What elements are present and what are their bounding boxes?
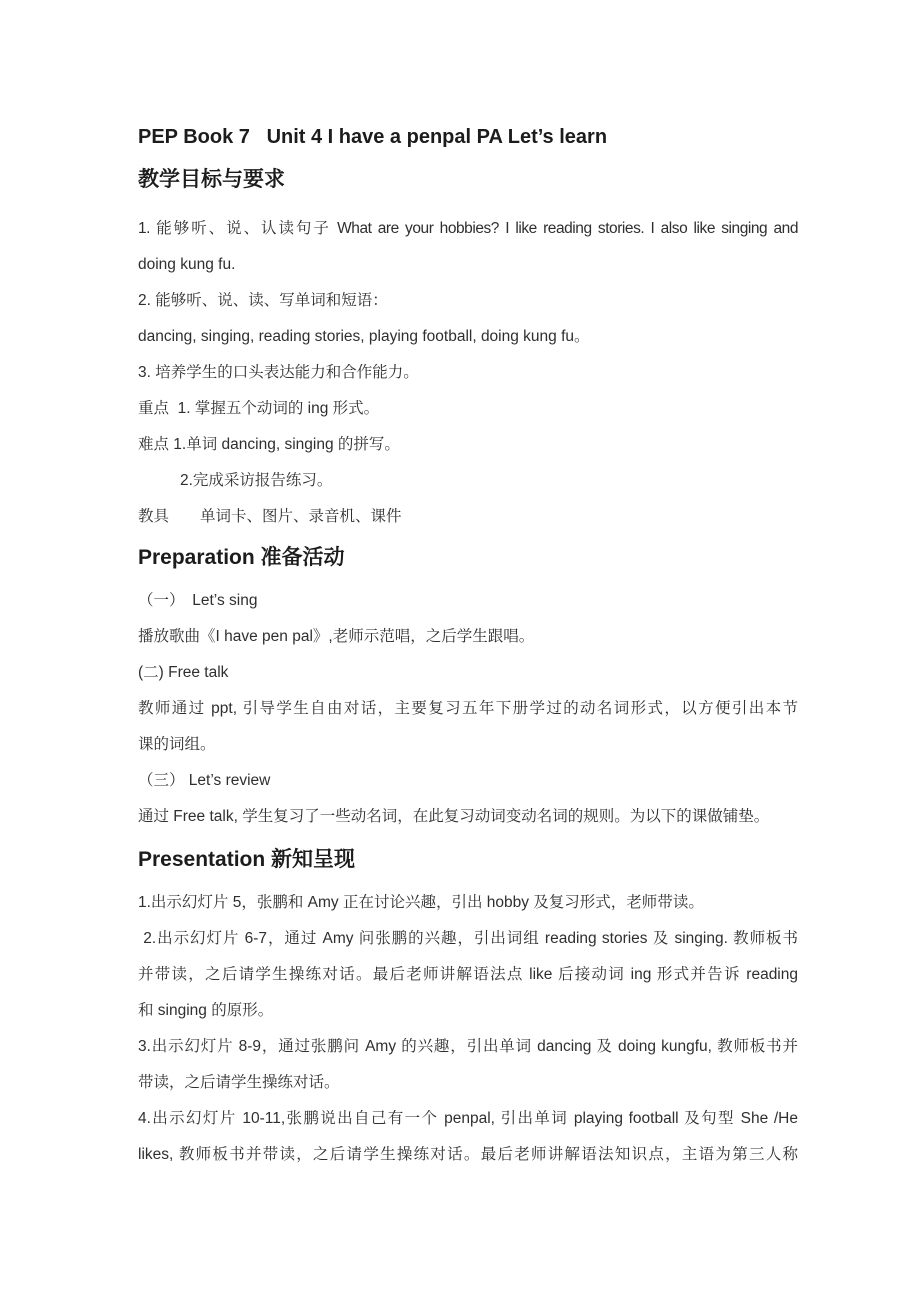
line-pres-step-4b: likes, 教师板书并带读，之后请学生操练对话。最后老师讲解语法知识点，主语为… xyxy=(138,1137,798,1173)
line-teaching-aids: 教具 单词卡、图片、录音机、课件 xyxy=(138,499,798,535)
line-pres-step-2b: 并带读，之后请学生操练对话。最后老师讲解语法点 like 后接动词 ing 形式… xyxy=(138,957,798,993)
line-objective-1a: 1. 能够听、说、认读句子 What are your hobbies? I l… xyxy=(138,211,798,247)
line-prep-free-talk-desc-a: 教师通过 ppt, 引导学生自由对话，主要复习五年下册学过的动名词形式，以方便引… xyxy=(138,691,798,727)
line-prep-free-talk: (二) Free talk xyxy=(138,655,798,691)
document-title: PEP Book 7 Unit 4 I have a penpal PA Let… xyxy=(138,120,798,154)
document-page: PEP Book 7 Unit 4 I have a penpal PA Let… xyxy=(0,0,920,1302)
line-pres-step-1: 1.出示幻灯片 5，张鹏和 Amy 正在讨论兴趣，引出 hobby 及复习形式，… xyxy=(138,885,798,921)
line-prep-free-talk-desc-b: 课的词组。 xyxy=(138,727,798,763)
line-objective-1b: doing kung fu. xyxy=(138,247,798,283)
line-pres-step-2c: 和 singing 的原形。 xyxy=(138,993,798,1029)
line-pres-step-3a: 3.出示幻灯片 8-9，通过张鹏问 Amy 的兴趣，引出单词 dancing 及… xyxy=(138,1029,798,1065)
section-heading-objectives: 教学目标与要求 xyxy=(138,164,798,196)
line-prep-lets-review: （三） Let’s review xyxy=(138,763,798,799)
line-prep-review-desc: 通过 Free talk, 学生复习了一些动名词，在此复习动词变动名词的规则。为… xyxy=(138,799,798,835)
line-pres-step-2a: 2.出示幻灯片 6-7，通过 Amy 问张鹏的兴趣，引出词组 reading s… xyxy=(138,921,798,957)
section-heading-preparation: Preparation 准备活动 xyxy=(138,541,798,575)
line-key-points: 重点 1. 掌握五个动词的 ing 形式。 xyxy=(138,391,798,427)
line-difficult-points-2: 2.完成采访报告练习。 xyxy=(138,463,798,499)
line-prep-song: 播放歌曲《I have pen pal》,老师示范唱，之后学生跟唱。 xyxy=(138,619,798,655)
line-objective-3: 3. 培养学生的口头表达能力和合作能力。 xyxy=(138,355,798,391)
line-pres-step-3b: 带读，之后请学生操练对话。 xyxy=(138,1065,798,1101)
line-prep-lets-sing: （一） Let’s sing xyxy=(138,583,798,619)
line-objective-2-words: dancing, singing, reading stories, playi… xyxy=(138,319,798,355)
document-content: PEP Book 7 Unit 4 I have a penpal PA Let… xyxy=(0,0,920,1173)
line-objective-2: 2. 能够听、说、读、写单词和短语： xyxy=(138,283,798,319)
line-pres-step-4a: 4.出示幻灯片 10-11,张鹏说出自己有一个 penpal, 引出单词 pla… xyxy=(138,1101,798,1137)
line-difficult-points-1: 难点 1.单词 dancing, singing 的拼写。 xyxy=(138,427,798,463)
section-heading-presentation: Presentation 新知呈现 xyxy=(138,843,798,877)
